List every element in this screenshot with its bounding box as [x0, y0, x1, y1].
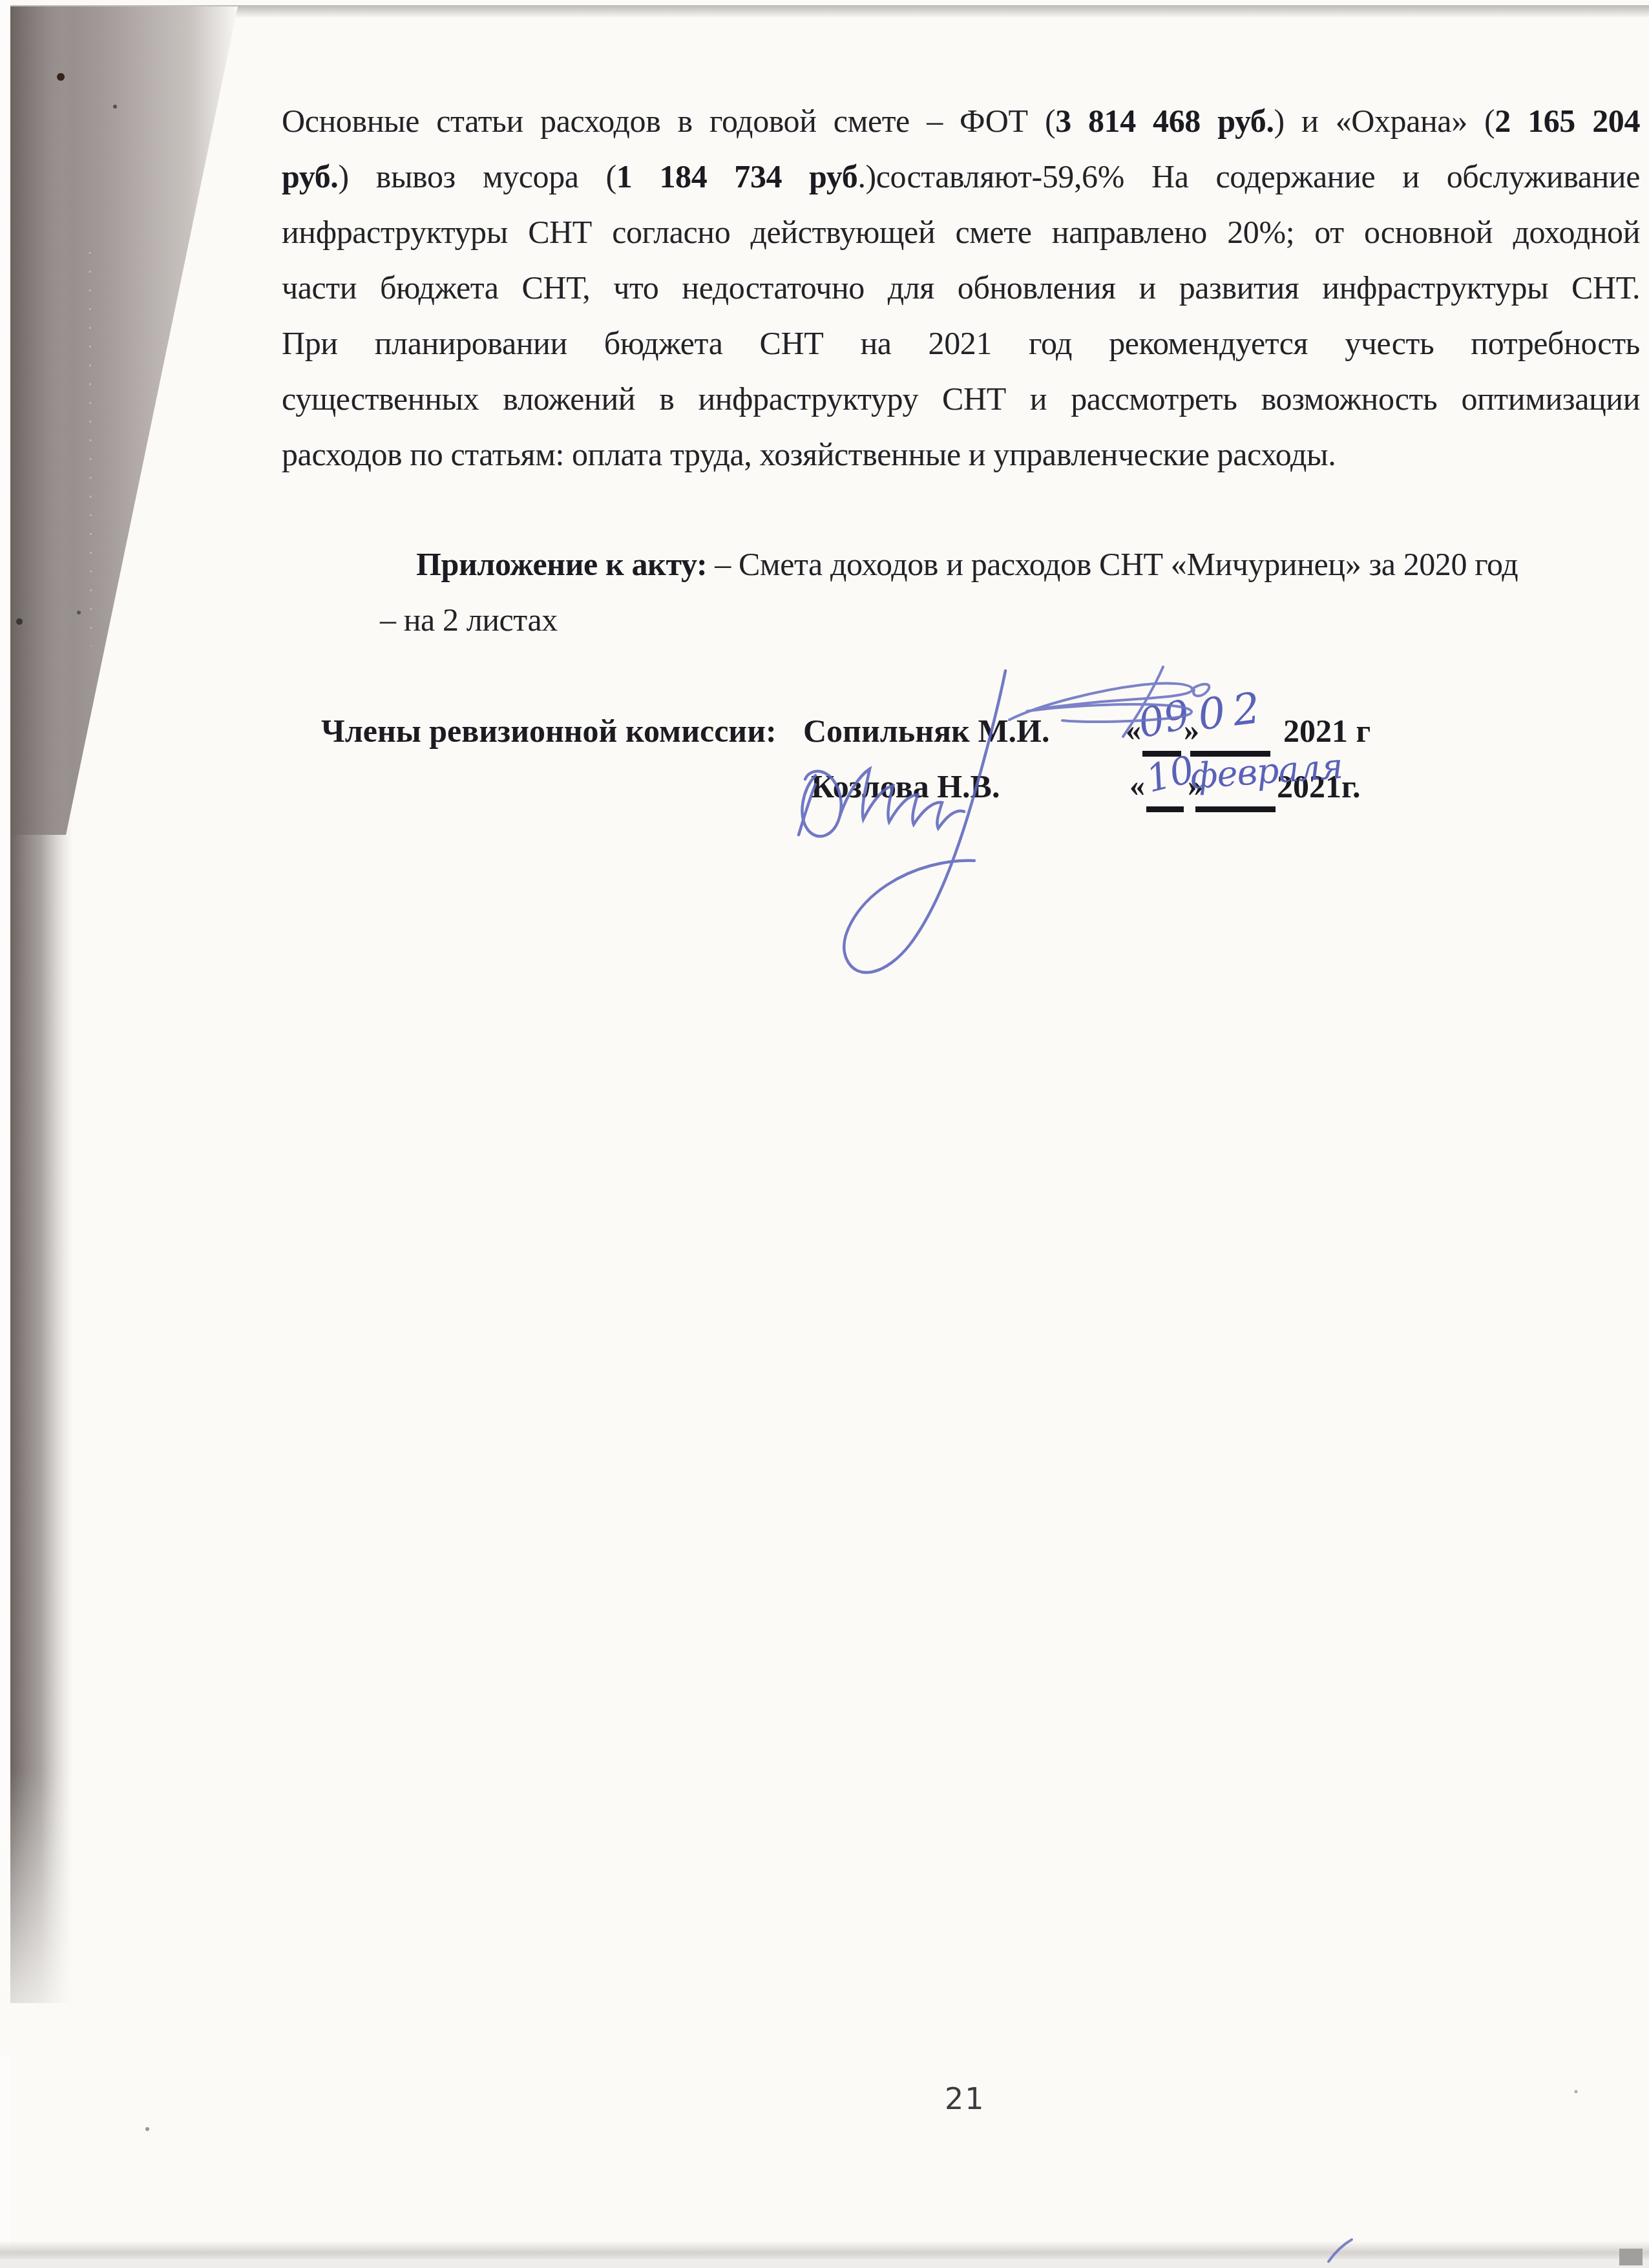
handwritten-month-1: 02	[1195, 682, 1271, 740]
corner-artifact	[1619, 2249, 1643, 2265]
pen-mark	[1329, 2240, 1352, 2262]
paragraph-line: части бюджета СНТ, что недостаточно для …	[282, 260, 1640, 315]
fold-crease	[90, 252, 91, 646]
member-1-name: Сопильняк М.И.	[803, 703, 1049, 759]
scan-top-shadow	[0, 5, 1649, 18]
scanned-document-page: Основные статьи расходов в годовой смете…	[0, 0, 1649, 2268]
appendix-line-1: Приложение к акту: – Смета доходов и рас…	[380, 536, 1518, 592]
left-edge-shadow	[10, 6, 72, 2003]
member-2-name: Козлова Н.В.	[811, 759, 1000, 814]
paragraph-line: инфраструктуры СНТ согласно действующей …	[282, 204, 1640, 260]
paragraph-line: руб.) вывоз мусора (1 184 734 руб.)соста…	[282, 149, 1640, 204]
paragraph-line: При планировании бюджета СНТ на 2021 год…	[282, 315, 1640, 371]
page-number: 21	[945, 2079, 985, 2118]
folded-corner-shadow	[0, 6, 238, 835]
paragraph-line: Основные статьи расходов в годовой смете…	[282, 93, 1640, 149]
commission-members-label: Члены ревизионной комиссии:	[321, 703, 777, 759]
date2-open-quote: «	[1129, 759, 1145, 814]
body-paragraph: Основные статьи расходов в годовой смете…	[282, 93, 1640, 482]
appendix-line-2: – на 2 листах	[380, 592, 558, 647]
bottom-edge-shadow	[0, 2241, 1649, 2260]
paragraph-line: расходов по статьям: оплата труда, хозяй…	[282, 426, 1640, 482]
paragraph-line: существенных вложений в инфраструктуру С…	[282, 371, 1640, 426]
